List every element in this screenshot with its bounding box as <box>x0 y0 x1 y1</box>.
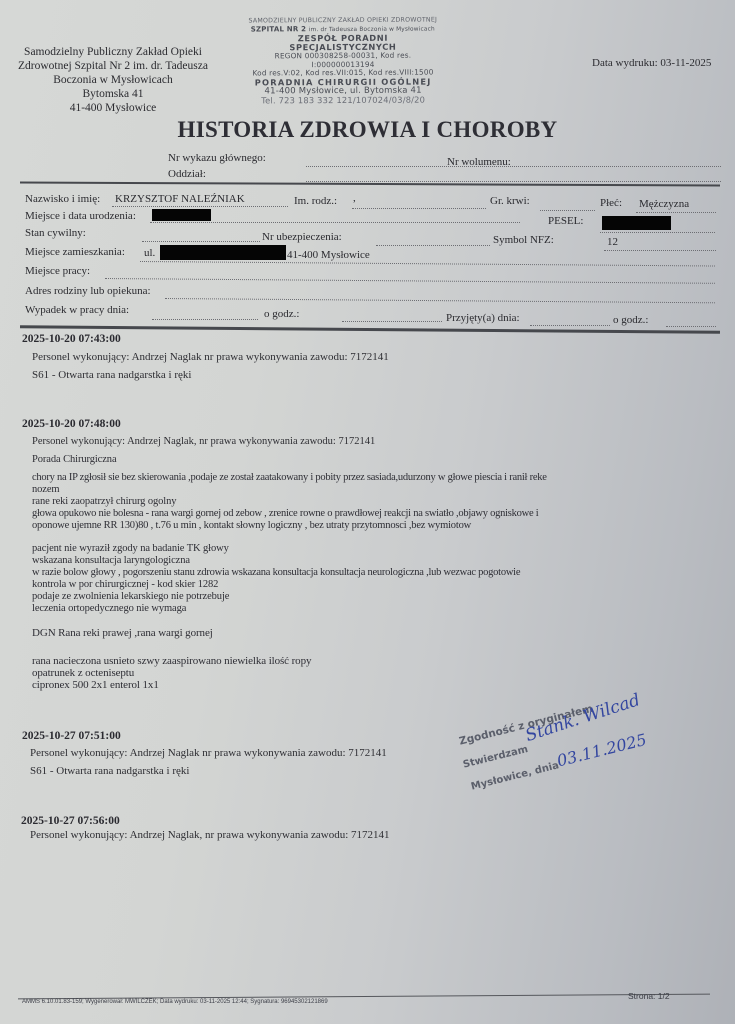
residence-field-line <box>140 261 715 267</box>
pesel-label: PESEL: <box>548 215 583 227</box>
entry-note-line: opatrunek z octeniseptu <box>32 667 134 679</box>
stamp-line: Tel. 723 183 332 121/107024/03/8/20 <box>243 95 443 105</box>
entry-note-line: podaje ze zwolnienia lekarskiego nie pot… <box>32 591 229 602</box>
entry-note-line: nozem <box>32 484 60 495</box>
accident-field-line <box>152 319 258 320</box>
family-field-line <box>165 298 715 303</box>
institution-line: Samodzielny Publiczny Zakład Opieki <box>18 45 208 59</box>
insurance-field-line <box>376 245 490 246</box>
entry-note-line: leczenia ortopedycznego nie wymaga <box>32 603 186 614</box>
sex-field-line <box>636 212 716 213</box>
certification-line: Stwierdzam <box>462 744 529 771</box>
parents-value: , <box>353 192 356 204</box>
accident-time-line <box>342 321 442 322</box>
institution-address: Samodzielny Publiczny Zakład Opieki Zdro… <box>18 45 208 115</box>
residence-prefix: ul. <box>144 247 155 259</box>
main-register-field <box>306 166 721 167</box>
entry-dgn: DGN Rana reki prawej ,rana wargi gornej <box>32 627 213 639</box>
entry-timestamp: 2025-10-20 07:48:00 <box>22 418 121 430</box>
nfz-field-line <box>604 250 716 251</box>
residence-label: Miejsce zamieszkania: <box>25 246 125 258</box>
work-label: Miejsce pracy: <box>25 265 90 277</box>
blood-field-line <box>540 210 595 211</box>
entry-timestamp: 2025-10-27 07:51:00 <box>22 730 121 742</box>
redacted-pesel <box>602 216 671 230</box>
entry-diagnosis: S61 - Otwarta rana nadgarstka i ręki <box>30 765 189 777</box>
name-field-line <box>112 206 288 207</box>
entry-staff: Personel wykonujący: Andrzej Naglak nr p… <box>30 747 387 759</box>
document-title: HISTORIA ZDROWIA I CHOROBY <box>0 117 735 143</box>
accident-time-label: o godz.: <box>264 308 299 320</box>
section-rule <box>20 325 720 333</box>
institution-line: Boczonia w Mysłowicach <box>18 73 208 87</box>
entry-timestamp: 2025-10-20 07:43:00 <box>22 333 121 345</box>
work-field-line <box>105 278 715 284</box>
footer-meta: AMMS 6.10.01.83-159; Wygenerował: MWILCZ… <box>22 999 328 1005</box>
entry-type: Porada Chirurgiczna <box>32 454 117 465</box>
entry-note-line: cipronex 500 2x1 enterol 1x1 <box>32 679 159 691</box>
section-rule <box>20 181 720 186</box>
entry-note-line: rana nacieczona usnieto szwy zaaspirowan… <box>32 655 311 667</box>
entry-note-line: wskazana konsultacja laryngologiczna <box>32 555 190 566</box>
institution-line: Zdrowotnej Szpital Nr 2 im. dr. Tadeusza <box>18 59 208 73</box>
admitted-label: Przyjęty(a) dnia: <box>446 312 520 324</box>
birth-label: Miejsce i data urodzenia: <box>25 210 136 222</box>
entry-note-line: rane reki zaopatrzył chirurg ogolny <box>32 496 176 507</box>
institution-line: 41-400 Mysłowice <box>18 101 208 115</box>
redacted-birth <box>152 209 211 221</box>
accident-label: Wypadek w pracy dnia: <box>25 304 129 316</box>
name-label: Nazwisko i imię: <box>25 193 100 205</box>
handwritten-date: 03.11.2025 <box>555 730 648 771</box>
admitted-field-line <box>530 325 610 326</box>
page-number: Strona: 1/2 <box>628 991 670 1001</box>
department-field <box>306 181 721 182</box>
entry-note-line: głowa opukowo nie bolesna - rana wargi g… <box>32 508 538 519</box>
admitted-time-label: o godz.: <box>613 314 648 326</box>
entry-note-line: oponowe ujemne RR 130)80 , t.76 u min , … <box>32 520 471 531</box>
redacted-address <box>160 245 286 260</box>
entry-note-line: w razie bolow głowy , pogorszeniu stanu … <box>32 567 520 578</box>
nfz-value: 12 <box>607 236 618 248</box>
volume-label: Nr wolumenu: <box>447 156 511 168</box>
department-label: Oddział: <box>168 168 206 180</box>
family-address-label: Adres rodziny lub opiekuna: <box>25 285 151 297</box>
entry-staff: Personel wykonujący: Andrzej Naglak, nr … <box>30 829 390 841</box>
marital-label: Stan cywilny: <box>25 227 86 239</box>
patient-name: KRZYSZTOF NALEŹNIAK <box>115 193 245 205</box>
blood-label: Gr. krwi: <box>490 195 530 207</box>
entry-diagnosis: S61 - Otwarta rana nadgarstka i ręki <box>32 369 191 381</box>
birth-field-line <box>150 222 520 223</box>
stamp-line: ZESPÓŁ PORADNI SPECJALISTYCZNYCH <box>243 33 443 52</box>
pesel-field-line <box>600 232 715 233</box>
insurance-label: Nr ubezpieczenia: <box>262 231 342 243</box>
entry-note-line: kontrola w por chirurgicznej - kod skier… <box>32 579 218 590</box>
entry-staff: Personel wykonujący: Andrzej Naglak nr p… <box>32 351 389 363</box>
residence-city: 41-400 Mysłowice <box>287 249 370 261</box>
entry-note-line: chory na IP zgłosił sie bez skierowania … <box>32 472 547 483</box>
print-date: Data wydruku: 03-11-2025 <box>592 57 711 69</box>
clinic-stamp: SAMODZIELNY PUBLICZNY ZAKŁAD OPIEKI ZDRO… <box>243 16 443 105</box>
sex-label: Płeć: <box>600 197 622 209</box>
parents-label: Im. rodz.: <box>294 195 337 207</box>
entry-timestamp: 2025-10-27 07:56:00 <box>21 815 120 827</box>
marital-field-line <box>142 241 260 242</box>
institution-line: Bytomska 41 <box>18 87 208 101</box>
parents-field-line <box>352 208 486 209</box>
admitted-time-line <box>666 326 716 327</box>
sex-value: Mężczyzna <box>639 198 689 210</box>
nfz-label: Symbol NFZ: <box>493 234 554 246</box>
entry-staff: Personel wykonujący: Andrzej Naglak, nr … <box>32 436 375 447</box>
main-register-label: Nr wykazu głównego: <box>168 152 266 164</box>
entry-note-line: pacjent nie wyraził zgody na badanie TK … <box>32 543 229 554</box>
